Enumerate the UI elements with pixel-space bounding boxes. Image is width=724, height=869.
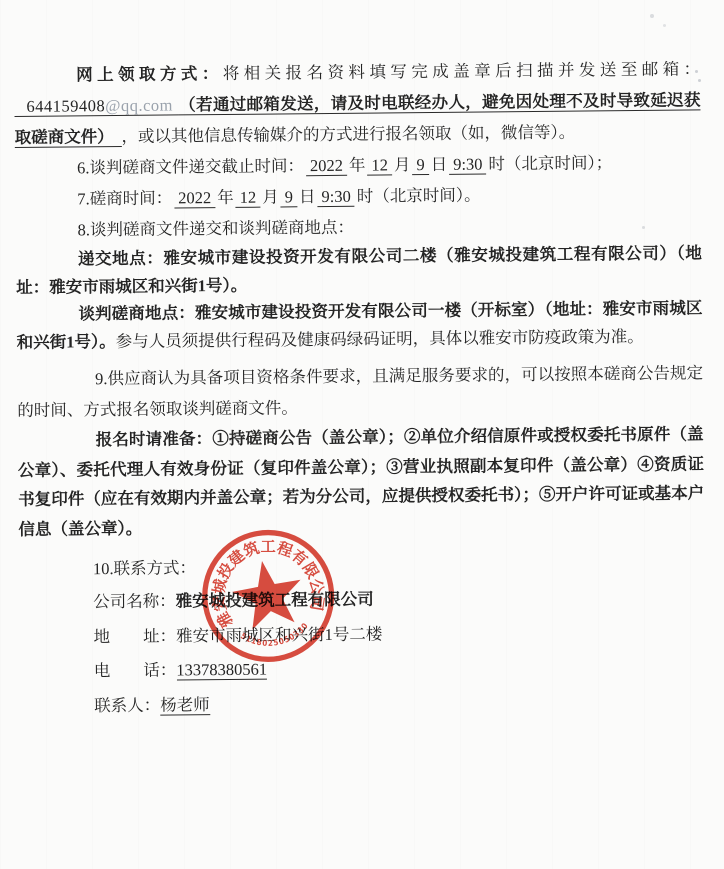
item-7-tail: 时（北京时间）。 (357, 186, 481, 206)
contact-company-row: 公司名称：雅安城投建筑工程有限公司 (93, 579, 705, 619)
online-method-text: 将相关报名资料填写完成盖章后扫描并发送至邮箱： (223, 59, 701, 83)
deadline-year-unit: 年 (349, 156, 366, 175)
scan-noise-speck (642, 226, 645, 229)
contact-person-label: 联系人： (94, 695, 160, 715)
consult-location-note: 参与人员须提供行程码及健康码绿码证明，具体以雅安市防疫政策为准。 (116, 326, 644, 350)
scan-noise-speck (695, 70, 698, 73)
scan-noise-speck (698, 79, 701, 82)
item-7-label: 7.磋商时间： (77, 188, 172, 208)
address-label: 地 址： (93, 626, 176, 646)
contact-address-row: 地 址：雅安市雨城区和兴街1号二楼 (93, 614, 705, 654)
contact-person-row: 联系人：杨老师 (94, 683, 706, 723)
email-address: 644159408@qq.com (14, 95, 179, 117)
consult-day-unit: 日 (299, 187, 316, 206)
deadline-month-unit: 月 (394, 155, 411, 174)
email-domain: @qq.com (105, 95, 173, 115)
item-9-supplier-terms: 9.供应商认为具备项目资格条件要求，且满足服务要求的，可以按照本磋商公告规定的时… (17, 357, 704, 426)
item-6-deadline: 6.谈判磋商文件递交截止时间：2022年12月9日9:30时（北京时间）； (15, 146, 701, 184)
deadline-day: 9 (412, 155, 428, 175)
paragraph-consult-location: 谈判磋商地点：雅安城市建设投资开发有限公司一楼（开标室）（地址：雅安市雨城区和兴… (16, 294, 702, 356)
consult-month: 12 (236, 188, 261, 208)
email-user: 644159408 (26, 96, 105, 116)
scan-noise-speck (650, 14, 654, 18)
item-6-label: 6.谈判磋商文件递交截止时间： (77, 156, 304, 177)
company-seal: 雅安城投建筑工程有限公司 5118025050330 (185, 512, 352, 679)
consult-year-unit: 年 (217, 188, 234, 207)
consult-year: 2022 (174, 188, 215, 208)
company-name-label: 公司名称： (93, 591, 176, 611)
deadline-day-unit: 日 (431, 155, 448, 174)
online-method-tail: ，或以其他信息传输媒介的方式进行报名领取（如，微信等）。 (121, 123, 575, 146)
contact-person-value: 杨老师 (160, 695, 210, 715)
deadline-time: 9:30 (449, 154, 487, 174)
paragraph-online-method: 网上领取方式：将相关报名资料填写完成盖章后扫描并发送至邮箱：644159408@… (14, 53, 701, 153)
paragraph-signup-checklist: 报名时请准备：①持磋商公告（盖公章）；②单位介绍信原件或授权委托书原件（盖公章）… (18, 419, 705, 544)
online-method-label: 网上领取方式： (76, 64, 223, 84)
consult-day: 9 (281, 187, 297, 207)
consult-time: 9:30 (317, 187, 355, 207)
scanned-document-page: 网上领取方式：将相关报名资料填写完成盖章后扫描并发送至邮箱：644159408@… (0, 0, 724, 869)
document-body: 网上领取方式：将相关报名资料填写完成盖章后扫描并发送至邮箱：644159408@… (14, 53, 706, 724)
scan-noise-speck (663, 24, 666, 27)
paragraph-delivery-location: 递交地点：雅安城市建设投资开发有限公司二楼（雅安城投建筑工程有限公司）（地址：雅… (16, 239, 702, 301)
deadline-year: 2022 (306, 156, 347, 176)
contact-phone-row: 电 话：13378380561 (94, 648, 706, 688)
deadline-month: 12 (367, 155, 392, 175)
contact-section: 10.联系方式： 公司名称：雅安城投建筑工程有限公司 地 址：雅安市雨城区和兴街… (93, 546, 707, 723)
item-6-tail: 时（北京时间）； (488, 153, 612, 173)
phone-label: 电 话： (94, 660, 177, 680)
consult-month-unit: 月 (262, 187, 279, 206)
